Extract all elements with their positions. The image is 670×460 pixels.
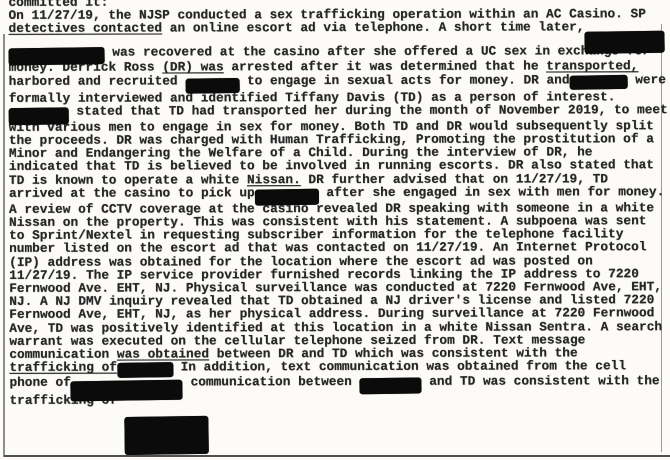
text-segment: to engage in sexual acts for money. DR a… [239, 72, 569, 88]
text-segment: stated that TD had transported her durin… [69, 102, 668, 119]
document-line: detectives contacted an online escort ad… [9, 21, 669, 47]
text-segment: detectives contacted [8, 21, 162, 36]
redaction-box [117, 362, 173, 378]
left-margin-rule [3, 34, 5, 457]
redaction-box [584, 31, 664, 54]
redaction-box [255, 188, 319, 205]
redaction-box [359, 378, 421, 395]
redaction-box [71, 380, 183, 402]
redaction-box [9, 107, 69, 125]
text-segment: trafficking of [9, 360, 117, 375]
redaction-box [8, 47, 104, 65]
text-segment: arrived at the casino to pick up [9, 185, 255, 201]
text-segment: communication between [183, 374, 360, 389]
text-segment: was recovered at the casino after she of… [105, 44, 650, 60]
text-segment: In addition, text communication was obta… [173, 359, 626, 375]
redaction-box [569, 75, 627, 90]
document-text: committed it:On 11/27/19, the NJSP condu… [8, 0, 669, 430]
text-segment: harbored and recruited [9, 73, 186, 88]
text-segment: an online escort ad via telephone. A sho… [162, 20, 584, 36]
text-segment: and TD was consistent with the [422, 373, 660, 389]
text-segment: Nissan. [247, 172, 301, 187]
document-line: phone of communication between and TD wa… [9, 374, 669, 394]
redaction-box [125, 416, 210, 455]
bottom-page-rule [4, 455, 670, 457]
text-segment: phone of [9, 375, 70, 390]
text-segment: after she engaged in sex with men for mo… [319, 184, 665, 200]
text-segment: were [627, 72, 665, 87]
redaction-box [185, 78, 239, 94]
scanned-document-page: committed it:On 11/27/19, the NJSP condu… [0, 0, 670, 460]
